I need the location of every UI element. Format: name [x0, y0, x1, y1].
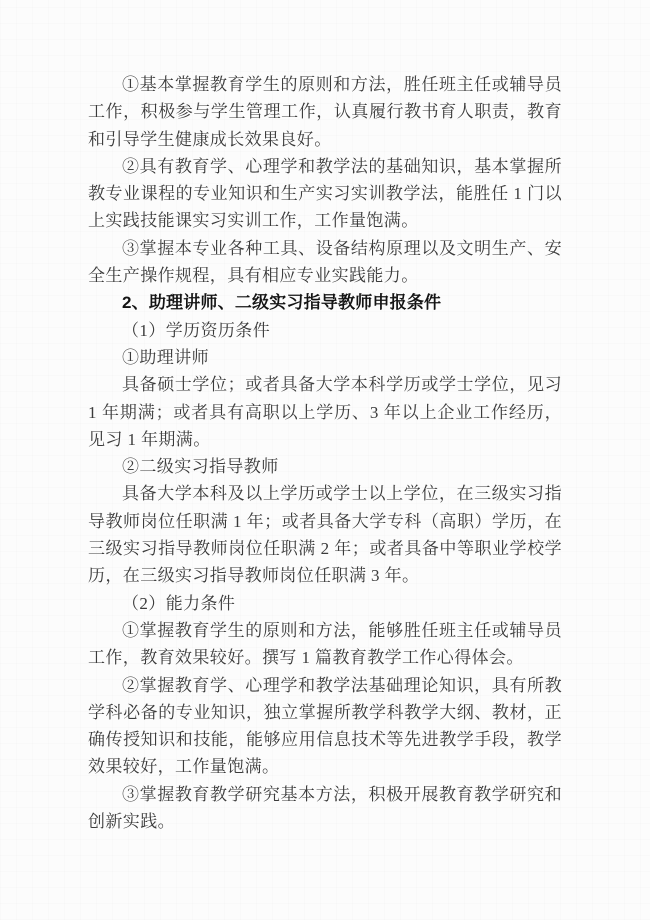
body-paragraph: ①基本掌握教育学生的原则和方法，胜任班主任或辅导员工作，积极参与学生管理工作，认… — [88, 71, 562, 153]
body-paragraph: 具备硕士学位；或者具备大学本科学历或学士学位，见习 1 年期满；或者具有高职以上… — [88, 371, 562, 453]
body-paragraph: ②二级实习指导教师 — [88, 453, 562, 480]
body-paragraph: （1）学历资历条件 — [88, 317, 562, 344]
document-page: ①基本掌握教育学生的原则和方法，胜任班主任或辅导员工作，积极参与学生管理工作，认… — [0, 0, 650, 920]
body-paragraph: ①掌握教育学生的原则和方法，能够胜任班主任或辅导员工作，教育效果较好。撰写 1 … — [88, 617, 562, 672]
document-content: ①基本掌握教育学生的原则和方法，胜任班主任或辅导员工作，积极参与学生管理工作，认… — [88, 71, 562, 835]
body-paragraph: ②具有教育学、心理学和教学法的基础知识，基本掌握所教专业课程的专业知识和生产实习… — [88, 153, 562, 235]
body-paragraph: ①助理讲师 — [88, 344, 562, 371]
body-paragraph: 具备大学本科及以上学历或学士以上学位，在三级实习指导教师岗位任职满 1 年；或者… — [88, 480, 562, 589]
body-paragraph: ③掌握教育教学研究基本方法，积极开展教育教学研究和创新实践。 — [88, 781, 562, 836]
section-heading: 2、助理讲师、二级实习指导教师申报条件 — [88, 289, 562, 316]
body-paragraph: ②掌握教育学、心理学和教学法基础理论知识，具有所教学科必备的专业知识，独立掌握所… — [88, 672, 562, 781]
body-paragraph: ③掌握本专业各种工具、设备结构原理以及文明生产、安全生产操作规程，具有相应专业实… — [88, 235, 562, 290]
body-paragraph: （2）能力条件 — [88, 590, 562, 617]
